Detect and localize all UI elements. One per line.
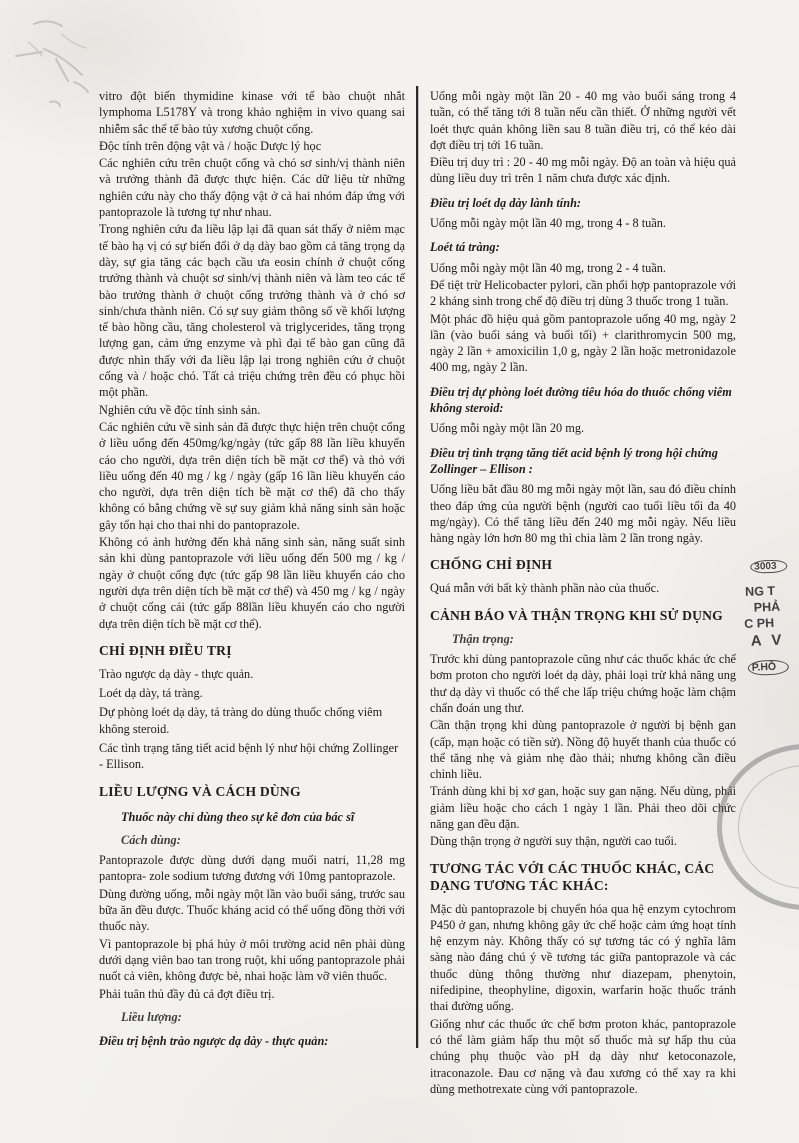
paragraph: Dùng thận trọng ở người suy thận, người … [430, 833, 736, 849]
subheading-caution: Thận trọng: [430, 631, 736, 647]
stamp-text: 3003 [750, 559, 788, 573]
subheading-administration: Cách dùng: [99, 832, 405, 848]
column-divider-rule [416, 86, 418, 1048]
paragraph: Một phác đồ hiệu quả gồm pantoprazole uố… [430, 311, 736, 376]
ink-stamp-fragment: 3003 NG T PHẢ C PH A V P.HỒ [742, 555, 799, 733]
prescription-note: Thuốc này chỉ dùng theo sự kê đơn của bá… [99, 809, 405, 825]
paragraph: Pantoprazole được dùng dưới dạng muối na… [99, 852, 405, 885]
paragraph: Để tiệt trừ Helicobacter pylori, cần phố… [430, 277, 736, 310]
round-seal-inner-ring [738, 765, 799, 889]
section-heading-dosage: LIỀU LƯỢNG VÀ CÁCH DÙNG [99, 783, 405, 800]
paragraph: Độc tính trên động vật và / hoặc Dược lý… [99, 138, 405, 154]
paragraph: Uống liều bắt đầu 80 mg mỗi ngày một lần… [430, 481, 736, 546]
stamp-text: P.HỒ [748, 659, 790, 676]
paragraph: Tránh dùng khi bị xơ gan, hoặc suy gan n… [430, 783, 736, 832]
subheading-dose: Liều lượng: [99, 1009, 405, 1025]
indication-item: Trào ngược dạ dày - thực quản. [99, 666, 405, 682]
paragraph: Không có ảnh hưởng đến khả năng sinh sản… [99, 534, 405, 632]
paragraph: vitro đột biến thymidine kinase với tế b… [99, 88, 405, 137]
paragraph: Uống mỗi ngày một lần 20 - 40 mg vào buổ… [430, 88, 736, 153]
left-column: vitro đột biến thymidine kinase với tế b… [99, 88, 405, 1053]
stamp-text: NG T [745, 584, 797, 600]
paragraph: Quá mẫn với bất kỳ thành phần nào của th… [430, 580, 736, 596]
stamp-text: C PH [744, 616, 798, 632]
paragraph: Mặc dù pantoprazole bị chuyển hóa qua hệ… [430, 901, 736, 1015]
indication-item: Dự phòng loét dạ dày, tá tràng do dùng t… [99, 704, 405, 737]
subheading-zollinger-ellison: Điều trị tình trạng tăng tiết acid bệnh … [430, 445, 736, 478]
paragraph: Nghiên cứu về độc tính sinh sản. [99, 402, 405, 418]
subheading-gerd-treatment: Điều trị bệnh trào ngược dạ dày - thực q… [99, 1033, 405, 1049]
scanned-document-page: vitro đột biến thymidine kinase với tế b… [0, 0, 799, 1143]
subheading-benign-gastric-ulcer: Điều trị loét dạ dày lành tính: [430, 195, 736, 211]
paragraph: Vì pantoprazole bị phá hủy ở môi trường … [99, 936, 405, 985]
indication-item: Các tình trạng tăng tiết acid bệnh lý nh… [99, 740, 405, 773]
section-heading-contraindications: CHỐNG CHỈ ĐỊNH [430, 556, 736, 573]
paragraph: Trong nghiên cứu đa liều lập lại đã quan… [99, 221, 405, 400]
paragraph: Trước khi dùng pantoprazole cũng như các… [430, 651, 736, 716]
paragraph: Uống mỗi ngày một lần 20 mg. [430, 420, 736, 436]
paragraph: Cần thận trọng khi dùng pantoprazole ở n… [430, 717, 736, 782]
paragraph: Giống như các thuốc ức chế bơm proton kh… [430, 1016, 736, 1097]
subheading-nsaid-ulcer-prophylaxis: Điều trị dự phòng loét đường tiêu hóa do… [430, 384, 736, 417]
section-heading-interactions: TƯƠNG TÁC VỚI CÁC THUỐC KHÁC, CÁC DẠNG T… [430, 860, 736, 894]
paragraph: Các nghiên cứu về sinh sản đã được thực … [99, 419, 405, 533]
indication-item: Loét dạ dày, tá tràng. [99, 685, 405, 701]
stamp-text: A V [751, 632, 799, 650]
paragraph: Uống mỗi ngày một lần 40 mg, trong 2 - 4… [430, 260, 736, 276]
paragraph: Phải tuân thủ đầy đủ cả đợt điều trị. [99, 986, 405, 1002]
section-heading-warnings: CẢNH BÁO VÀ THẬN TRỌNG KHI SỬ DỤNG [430, 607, 736, 624]
paragraph: Uống mỗi ngày một lần 40 mg, trong 4 - 8… [430, 215, 736, 231]
section-heading-indications: CHỈ ĐỊNH ĐIỀU TRỊ [99, 642, 405, 659]
paragraph: Điều trị duy trì : 20 - 40 mg mỗi ngày. … [430, 154, 736, 187]
paragraph: Các nghiên cứu trên chuột cống và chó sơ… [99, 155, 405, 220]
paragraph: Dùng đường uống, mỗi ngày một lần vào bu… [99, 886, 405, 935]
subheading-duodenal-ulcer: Loét tá tràng: [430, 239, 736, 255]
right-column: Uống mỗi ngày một lần 20 - 40 mg vào buổ… [430, 88, 736, 1098]
stamp-text: PHẢ [754, 600, 798, 615]
